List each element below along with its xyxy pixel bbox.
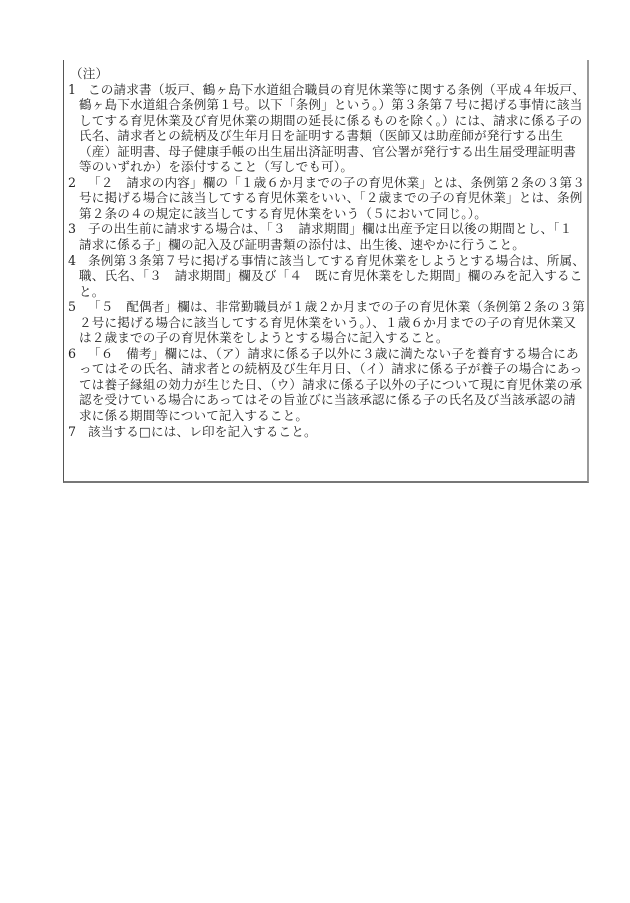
note-number: 2: [68, 175, 76, 191]
note-item-4: 4 条例第３条第７号に掲げる事情に該当してする育児休業をしようとする場合は、所属…: [68, 253, 588, 300]
note-item-2: 2 「２ 請求の内容」欄の「１歳６か月までの子の育児休業」とは、条例第２条の３第…: [68, 175, 588, 222]
note-number: 7: [68, 424, 76, 440]
note-text: 「５ 配偶者」欄は、非常勤職員が１歳２か月までの子の育児休業（条例第２条の３第２…: [79, 299, 588, 346]
note-number: 5: [68, 299, 76, 315]
note-item-1: 1 この請求書（坂戸、鶴ヶ島下水道組合職員の育児休業等に関する条例（平成４年坂戸…: [68, 82, 588, 175]
note-text: 条例第３条第７号に掲げる事情に該当してする育児休業をしようとする場合は、所属、職…: [79, 253, 588, 300]
note-number: 1: [68, 82, 76, 98]
note-number: 3: [68, 221, 76, 237]
note-number: 4: [68, 253, 76, 269]
notes-section: （注） 1 この請求書（坂戸、鶴ヶ島下水道組合職員の育児休業等に関する条例（平成…: [68, 66, 588, 439]
note-item-7: 7 該当する□には、レ印を記入すること。: [68, 424, 588, 440]
note-item-3: 3 子の出生前に請求する場合は、「３ 請求期間」欄は出産予定日以後の期間とし、「…: [68, 221, 588, 252]
note-text: 子の出生前に請求する場合は、「３ 請求期間」欄は出産予定日以後の期間とし、「１ …: [79, 221, 588, 252]
note-text: この請求書（坂戸、鶴ヶ島下水道組合職員の育児休業等に関する条例（平成４年坂戸、鶴…: [79, 82, 588, 175]
note-text: 「２ 請求の内容」欄の「１歳６か月までの子の育児休業」とは、条例第２条の３第３号…: [79, 175, 588, 222]
notes-heading: （注）: [68, 66, 588, 82]
note-text: 該当する□には、レ印を記入すること。: [79, 424, 588, 440]
note-item-5: 5 「５ 配偶者」欄は、非常勤職員が１歳２か月までの子の育児休業（条例第２条の３…: [68, 299, 588, 346]
note-text: 「６ 備考」欄には、（ア）請求に係る子以外に３歳に満たない子を養育する場合にあっ…: [79, 346, 588, 424]
note-number: 6: [68, 346, 76, 362]
note-item-6: 6 「６ 備考」欄には、（ア）請求に係る子以外に３歳に満たない子を養育する場合に…: [68, 346, 588, 424]
